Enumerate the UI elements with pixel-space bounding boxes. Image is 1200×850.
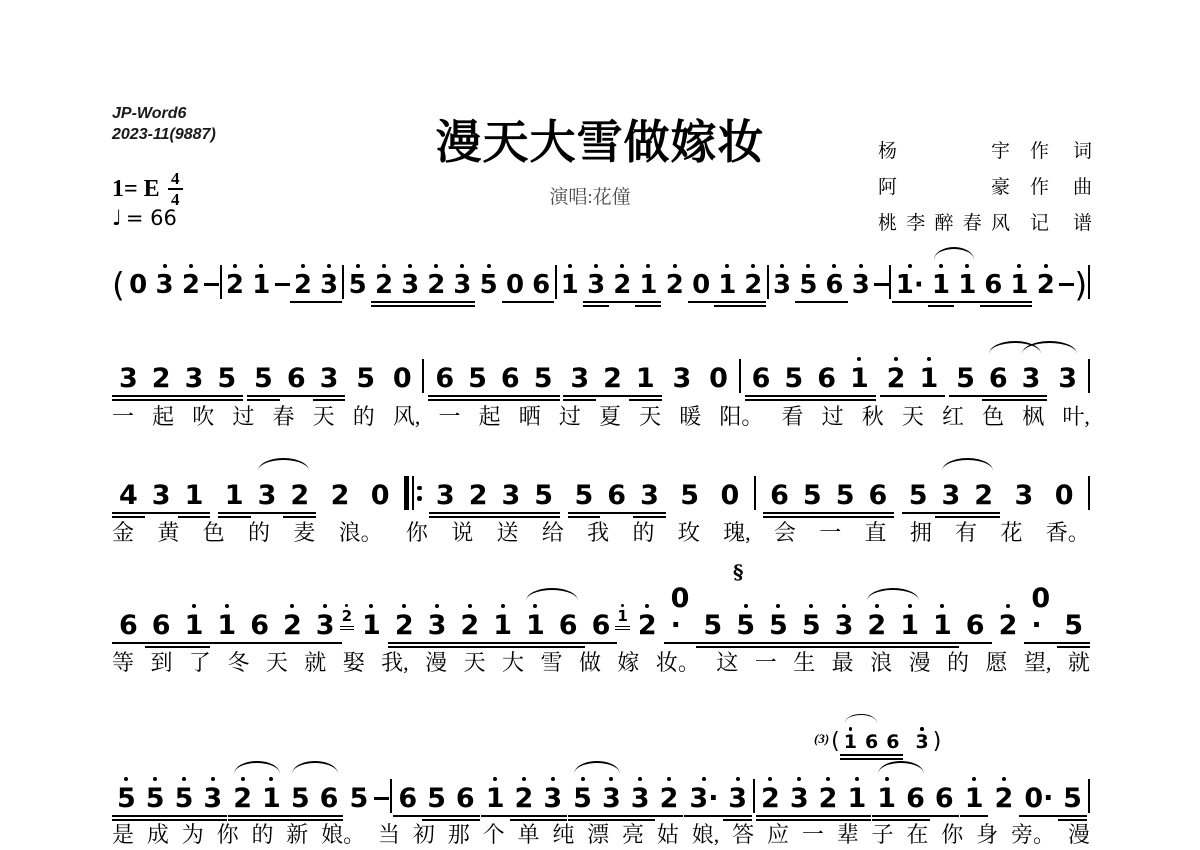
- beam-underline: [112, 642, 145, 644]
- note: 1·: [892, 272, 928, 298]
- beam-underline: [626, 815, 655, 817]
- lyric-syllable: 大: [502, 650, 524, 676]
- note-digit: 6: [152, 610, 171, 641]
- credit-name-char: 桃: [878, 208, 897, 235]
- octave-dot: [460, 264, 464, 268]
- note: 5: [777, 365, 810, 392]
- lyric-syllable: 麦: [293, 520, 315, 546]
- lyric-syllable: 色: [982, 404, 1004, 430]
- note: 6: [930, 785, 959, 812]
- lyric-syllable: 拥: [910, 520, 932, 546]
- note: 1: [481, 785, 510, 812]
- note: 5: [247, 365, 280, 392]
- beam-group: 161: [954, 272, 1032, 298]
- octave-dot: [806, 264, 810, 268]
- beam-underline: [388, 642, 421, 644]
- lyric-syllable: 漫: [425, 650, 447, 676]
- octave-dot: [163, 264, 167, 268]
- note-digit: 3: [673, 363, 692, 394]
- lyric-syllable: 天: [639, 404, 661, 430]
- note: 3: [538, 785, 567, 812]
- credits-block: 杨宇作词阿豪作曲桃李醉春风记谱: [878, 136, 1092, 244]
- note-digit: 1: [493, 610, 512, 641]
- beam-underline: [397, 305, 423, 307]
- note-digit: 2: [666, 270, 684, 300]
- note: 2: [462, 482, 495, 509]
- beam-underline: [461, 399, 494, 401]
- octave-dot: [857, 357, 861, 361]
- beam-underline: [257, 815, 286, 817]
- octave-dot: [646, 264, 650, 268]
- note: 5: [568, 785, 597, 812]
- note: 5: [210, 365, 243, 392]
- note: 2: [290, 272, 316, 298]
- note: 3: [251, 482, 284, 509]
- note: 1: [912, 365, 945, 392]
- note-digit: 3: [835, 610, 854, 641]
- credit-name-char: 风: [991, 208, 1010, 235]
- lyric-syllable: 会: [774, 520, 796, 546]
- note-digit: 5: [146, 783, 165, 814]
- octave-dot: [940, 604, 944, 608]
- beam-underline: [210, 399, 243, 401]
- octave-dot: [1006, 604, 1010, 608]
- beam-underline: [982, 399, 1015, 401]
- beam-underline: [583, 301, 609, 303]
- note-digit: 1: [617, 607, 627, 625]
- note: 3: [785, 785, 814, 812]
- lyric-syllable: 风,: [393, 404, 421, 430]
- lyric-syllable: 的: [251, 822, 273, 848]
- note-digit: 2: [182, 270, 200, 300]
- lyric-syllable: 辈: [837, 822, 859, 848]
- note-digit: 3: [640, 480, 659, 511]
- beam-underline: [615, 626, 629, 628]
- note: 2: [814, 785, 843, 812]
- beam-underline: [422, 815, 451, 817]
- beam-underline: [892, 301, 928, 303]
- beam-underline: [954, 301, 980, 303]
- segno-icon: §: [733, 560, 743, 584]
- barline: [1088, 359, 1090, 393]
- credit-role: 作曲: [1030, 172, 1092, 199]
- lyric-syllable: 愿: [985, 650, 1007, 676]
- beam-underline: [1058, 819, 1087, 821]
- note: 6: [980, 272, 1006, 298]
- note: 2: [222, 272, 248, 298]
- octave-dot: [382, 264, 386, 268]
- beam-underline: [935, 512, 968, 514]
- lyric-syllable: 当: [378, 822, 400, 848]
- barline: [1088, 779, 1090, 813]
- note: 1: [954, 272, 980, 298]
- beam-underline: [371, 301, 397, 303]
- note-digit: 5: [802, 610, 821, 641]
- beam-underline: [228, 815, 257, 817]
- note: 2: [178, 272, 204, 298]
- lyric-syllable: 娘,: [692, 822, 720, 848]
- note-digit: 0: [709, 363, 728, 394]
- beam-underline: [980, 301, 1006, 303]
- note: 1: [926, 612, 959, 639]
- note-digit: 2: [375, 270, 393, 300]
- augmentation-dot: ·: [671, 612, 681, 639]
- note: 6: [112, 612, 145, 639]
- repeat-dot: [417, 486, 422, 491]
- octave-dot: [920, 727, 924, 731]
- note-digit: 1: [252, 270, 270, 300]
- lyric-syllable: 阳。: [719, 404, 763, 430]
- note-digit: 3: [185, 363, 204, 394]
- beam-underline: [451, 815, 480, 817]
- beam-underline: [762, 646, 795, 648]
- beam-underline: [486, 646, 519, 648]
- note: 6: [861, 733, 882, 752]
- note: 1: [557, 272, 583, 298]
- note-digit: 6: [906, 783, 925, 814]
- beam-underline: [429, 512, 462, 514]
- note-digit: 5: [254, 363, 273, 394]
- note-digit: 6: [320, 783, 339, 814]
- note: 2: [145, 365, 178, 392]
- credit-role-char: 谱: [1073, 208, 1092, 235]
- beam-underline: [872, 819, 901, 821]
- octave-dot: [225, 604, 229, 608]
- credit-role-char: 记: [1030, 208, 1049, 235]
- beam-underline: [218, 512, 251, 514]
- beam-underline: [901, 815, 930, 817]
- lyric-syllable: 最: [832, 650, 854, 676]
- note: 3: [911, 733, 932, 752]
- note: 5: [527, 365, 560, 392]
- note-digit: 5: [117, 783, 136, 814]
- octave-dot: [182, 777, 186, 781]
- beam-underline: [609, 301, 635, 303]
- credit-name: 阿豪: [878, 172, 1010, 199]
- note-digit: 6: [250, 610, 269, 641]
- lyric-syllable: 暖: [679, 404, 701, 430]
- note-digit: 2: [427, 270, 445, 300]
- note: 5: [112, 785, 141, 812]
- beam-underline: [494, 395, 527, 397]
- note-digit: 5: [349, 783, 368, 814]
- beam-underline: [257, 819, 286, 821]
- note: 3: [563, 365, 596, 392]
- beam-group: 5553: [112, 785, 227, 812]
- note-digit: 6: [966, 610, 985, 641]
- beam-underline: [145, 642, 178, 644]
- beam-underline: [283, 512, 316, 514]
- beam-group: 563: [949, 365, 1047, 392]
- note: 3: [449, 272, 475, 298]
- beam-underline: [928, 301, 954, 303]
- credit-name-char: 李: [906, 208, 925, 235]
- octave-dot: [609, 777, 613, 781]
- beam-underline: [340, 629, 354, 631]
- note: 1: [960, 785, 989, 812]
- note: 3: [848, 272, 874, 298]
- beam-underline: [842, 815, 871, 817]
- beam-underline: [729, 646, 762, 648]
- note: 2: [453, 612, 486, 639]
- octave-dot: [269, 777, 273, 781]
- beam-underline: [597, 819, 626, 821]
- beam-underline: [286, 819, 315, 821]
- tempo-marking: ♩ = 66: [112, 206, 177, 230]
- octave-dot: [402, 604, 406, 608]
- beam-underline: [949, 395, 982, 397]
- lyric-syllable: 枫: [1022, 404, 1044, 430]
- beam-underline: [112, 395, 145, 397]
- beam-underline: [688, 301, 714, 303]
- octave-dot: [1044, 264, 1048, 268]
- note-digit: 2: [460, 610, 479, 641]
- note: 5: [422, 785, 451, 812]
- octave-dot: [493, 777, 497, 781]
- beam-underline: [860, 646, 893, 648]
- slur-arc: [258, 458, 308, 471]
- note-digit: 3: [453, 270, 471, 300]
- credit-row: 杨宇作词: [878, 136, 1092, 163]
- note-digit: 1: [185, 610, 204, 641]
- thick-bar: [404, 476, 409, 510]
- note-digit: 5: [803, 480, 822, 511]
- note-digit: 1: [958, 270, 976, 300]
- note-digit: 5: [1063, 783, 1082, 814]
- beam-underline: [568, 819, 597, 821]
- beam-group: 3·3: [684, 785, 752, 812]
- beam-underline: [393, 815, 422, 817]
- lyric-syllable: 你: [941, 822, 963, 848]
- note-digit: 0: [1055, 480, 1074, 511]
- repeat-count-label: (3): [814, 731, 829, 747]
- note: 3: [178, 365, 211, 392]
- lyric-syllable: 为: [182, 822, 204, 848]
- beam-underline: [495, 512, 528, 514]
- beam-underline: [316, 301, 342, 303]
- beam-underline: [1058, 815, 1087, 817]
- beam-underline: [842, 819, 871, 821]
- note-digit: 1: [486, 783, 505, 814]
- beam-underline: [980, 305, 1006, 307]
- lyric-syllable: 夏: [599, 404, 621, 430]
- note: 3: [313, 365, 346, 392]
- beam-underline: [763, 516, 796, 518]
- lyric-syllable: 单: [517, 822, 539, 848]
- note-digit: 5: [349, 270, 367, 300]
- note-digit: 2: [744, 270, 762, 300]
- duration-dash: [374, 797, 389, 801]
- augmentation-dot: ·: [914, 272, 924, 298]
- lyric-syllable: 红: [942, 404, 964, 430]
- note: 3: [769, 272, 795, 298]
- beam-underline: [664, 642, 697, 644]
- augmentation-dot: ·: [1043, 785, 1053, 812]
- note: 1: [178, 612, 211, 639]
- beam-group: 12: [617, 609, 663, 639]
- note: 3: [666, 365, 699, 392]
- note-digit: 6: [817, 363, 836, 394]
- lyrics-line-verse2: 金黄色的麦浪。你说送给我的玫瑰,会一直拥有花香。: [112, 520, 1090, 546]
- credit-name-char: 豪: [991, 172, 1010, 199]
- beam-underline: [527, 512, 560, 514]
- lyric-syllable: 叶,: [1062, 404, 1090, 430]
- note-digit: 5: [1064, 610, 1083, 641]
- note-digit: 1: [965, 783, 984, 814]
- lyric-syllable: 亮: [622, 822, 644, 848]
- lyric-syllable: 娘。: [321, 822, 365, 848]
- note: 1: [842, 785, 871, 812]
- lyric-syllable: 天: [313, 404, 335, 430]
- note-digit: 0: [371, 480, 390, 511]
- beam-underline: [228, 819, 257, 821]
- note-digit: 1: [1010, 270, 1028, 300]
- note-digit: 3: [543, 783, 562, 814]
- lyric-syllable: 瑰,: [723, 520, 751, 546]
- beam-underline: [912, 395, 945, 397]
- beam-underline: [795, 646, 828, 648]
- barline: [754, 476, 756, 510]
- octave-dot: [551, 777, 555, 781]
- note: 2: [228, 785, 257, 812]
- lyric-syllable: 望,: [1024, 650, 1052, 676]
- beam-underline: [510, 819, 539, 821]
- note-digit: 1: [933, 610, 952, 641]
- note-digit: 0: [129, 270, 147, 300]
- beam-underline: [371, 305, 397, 307]
- octave-dot: [233, 264, 237, 268]
- note: 1: [843, 365, 876, 392]
- beam-underline: [843, 399, 876, 401]
- lyric-syllable: 成: [147, 822, 169, 848]
- barline: [390, 779, 392, 813]
- note-digit: 3: [203, 783, 222, 814]
- note: 3: [112, 365, 145, 392]
- note: 2: [662, 272, 688, 298]
- lyric-syllable: 了: [189, 650, 211, 676]
- lyric-syllable: 姑: [657, 822, 679, 848]
- beam-underline: [862, 512, 895, 514]
- note: 6: [243, 612, 276, 639]
- beam-underline: [145, 646, 178, 648]
- beam-group: 321: [563, 365, 661, 392]
- beam-underline: [882, 754, 903, 756]
- beam-underline: [840, 758, 861, 760]
- note: 3: [597, 785, 626, 812]
- note-digit: 2: [469, 480, 488, 511]
- note: 6: [315, 785, 344, 812]
- note-digit: 1: [850, 363, 869, 394]
- octave-dot: [620, 264, 624, 268]
- beam-underline: [315, 819, 344, 821]
- key-signature: 1= E 4 4: [112, 170, 183, 208]
- octave-dot: [751, 264, 755, 268]
- note: 6: [451, 785, 480, 812]
- octave-dot: [211, 777, 215, 781]
- beam-group: 6556: [763, 482, 894, 509]
- note-digit: 2: [887, 363, 906, 394]
- note: 5: [1058, 785, 1087, 812]
- slur-arc: [234, 761, 279, 774]
- note-digit: 1: [900, 610, 919, 641]
- note-digit: 3: [502, 480, 521, 511]
- credit-name-char: 春: [963, 208, 982, 235]
- note: 6: [745, 365, 778, 392]
- note: 1: [629, 365, 662, 392]
- beam-group: 532: [902, 482, 1000, 509]
- note-digit: 2: [999, 610, 1018, 641]
- beam-underline: [723, 815, 752, 817]
- beam-underline: [112, 815, 141, 817]
- note-digit: 6: [865, 731, 878, 753]
- lyric-syllable: 做: [579, 650, 601, 676]
- note-digit: 0: [393, 363, 412, 394]
- beam-group: 166: [519, 612, 617, 639]
- note-digit: 2: [1037, 270, 1055, 300]
- note-digit: 3: [1022, 363, 1041, 394]
- note: 6: [810, 365, 843, 392]
- note-digit: 5: [291, 783, 310, 814]
- beam-underline: [745, 395, 778, 397]
- credit-role-char: 曲: [1073, 172, 1092, 199]
- lyric-syllable: 天: [266, 650, 288, 676]
- beam-underline: [814, 815, 843, 817]
- note-digit: 3: [689, 783, 708, 814]
- lyric-syllable: 一: [802, 822, 824, 848]
- beam-underline: [429, 516, 462, 518]
- beam-underline: [495, 516, 528, 518]
- credit-role-char: 词: [1073, 136, 1092, 163]
- grace-note: 2: [340, 609, 354, 624]
- lyric-syllable: 花: [1000, 520, 1022, 546]
- score-line-verse2: 43113220323556350655653230: [112, 457, 1090, 509]
- note-digit: 3: [316, 610, 335, 641]
- note-digit: 2: [152, 363, 171, 394]
- note: 3: [633, 482, 666, 509]
- slur-arc: [867, 588, 918, 601]
- beam-underline: [872, 815, 901, 817]
- beam-underline: [283, 516, 316, 518]
- octave-dot: [809, 604, 813, 608]
- slur-arc: [574, 761, 619, 774]
- beam-underline: [527, 395, 560, 397]
- note: 2: [860, 612, 893, 639]
- note-digit: 1: [718, 270, 736, 300]
- beam-underline: [145, 395, 178, 397]
- lyric-syllable: 天: [902, 404, 924, 430]
- note-digit: 5: [784, 363, 803, 394]
- note: 3: [626, 785, 655, 812]
- beam-underline: [563, 399, 596, 401]
- octave-dot: [832, 264, 836, 268]
- parenthesis: (: [112, 268, 125, 301]
- beam-underline: [967, 516, 1000, 518]
- note-digit: 2: [342, 607, 352, 625]
- note-digit: 3: [1058, 363, 1077, 394]
- beam-group: 132: [218, 482, 316, 509]
- beam-underline: [893, 646, 926, 648]
- score-line-intro: (0322123523235061321201235631·11612): [112, 246, 1090, 298]
- beam-underline: [502, 301, 528, 303]
- note-digit: 3: [320, 270, 338, 300]
- octave-dot: [301, 264, 305, 268]
- note-digit: 5: [217, 363, 236, 394]
- beam-group: 656: [393, 785, 479, 812]
- beam-group: 166: [872, 785, 958, 812]
- note: 3: [1008, 482, 1041, 509]
- note-digit: 2: [226, 270, 244, 300]
- lyrics-line-chorus1: 等到了冬天就娶我,漫天大雪做嫁妆。这一生最浪漫的愿望,就: [112, 650, 1090, 676]
